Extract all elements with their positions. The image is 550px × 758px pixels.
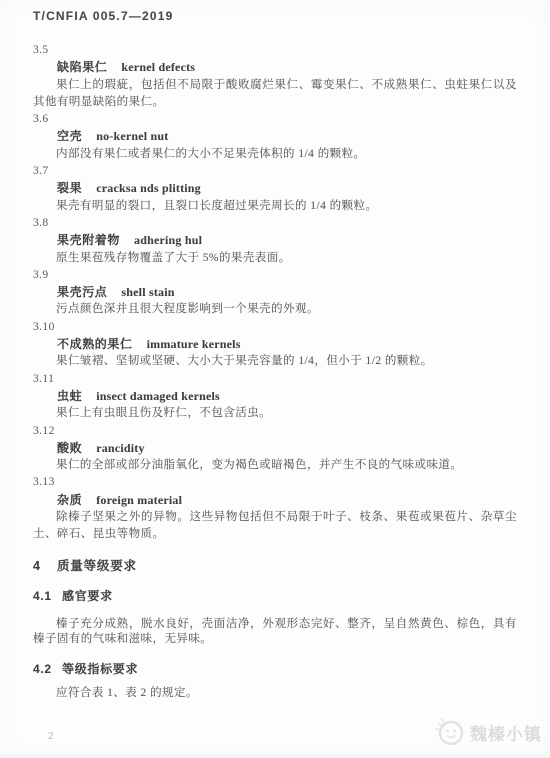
term-heading: 杂质foreign material — [57, 492, 517, 509]
chapter-title: 质量等级要求 — [57, 559, 137, 573]
term-en: cracksa nds plitting — [96, 181, 201, 195]
term-cn: 虫蛀 — [57, 389, 82, 403]
section-number: 3.5 — [33, 42, 517, 59]
doc-number-header: T/CNFIA 005.7—2019 — [33, 8, 517, 24]
term-section-3-8: 3.8 果壳附着物adhering hul 原生果苞残存物覆盖了大于 5%的果壳… — [33, 215, 517, 267]
terminology-sections: 3.5 缺陷果仁kernel defects 果仁上的瑕疵，包括但不局限于酸败腐… — [33, 42, 517, 544]
term-definition: 果壳有明显的裂口，且裂口长度超过果壳周长的 1/4 的颗粒。 — [33, 198, 517, 215]
term-cn: 果壳附着物 — [57, 233, 120, 247]
term-section-3-10: 3.10 不成熟的果仁immature kernels 果仁皱褶、坚韧或坚硬、大… — [33, 319, 517, 371]
term-cn: 果壳污点 — [57, 285, 107, 299]
subsection-body: 应符合表 1、表 2 的规定。 — [33, 686, 517, 701]
subsection-heading: 4.2等级指标要求 — [33, 661, 517, 677]
term-heading: 虫蛀insect damaged kernels — [57, 388, 517, 405]
term-section-3-12: 3.12 酸败rancidity 果仁的全部或部分油脂氧化，变为褐色或暗褐色，并… — [33, 423, 517, 475]
subsection-heading: 4.1感官要求 — [33, 588, 517, 604]
term-cn: 空壳 — [57, 129, 82, 143]
subsection-4-1: 4.1感官要求 榛子充分成熟，脱水良好，壳面洁净，外观形态完好、整齐，呈自然黄色… — [33, 588, 517, 647]
section-number: 3.9 — [33, 267, 517, 284]
term-en: no-kernel nut — [96, 129, 168, 143]
section-number: 3.10 — [33, 319, 517, 336]
term-en: kernel defects — [121, 60, 195, 74]
subsection-number: 4.1 — [33, 588, 62, 604]
term-heading: 酸败rancidity — [57, 440, 517, 457]
term-cn: 裂果 — [57, 181, 82, 195]
term-definition: 内部没有果仁或者果仁的大小不足果壳体积的 1/4 的颗粒。 — [33, 146, 517, 163]
term-definition: 果仁上有虫眼且伤及籽仁，不包含活虫。 — [33, 405, 517, 422]
section-number: 3.8 — [33, 215, 517, 232]
term-heading: 果壳附着物adhering hul — [57, 232, 517, 249]
term-definition: 果仁上的瑕疵，包括但不局限于酸败腐烂果仁、霉变果仁、不成熟果仁、虫蛀果仁以及其他… — [33, 77, 517, 112]
term-heading: 缺陷果仁kernel defects — [57, 59, 517, 76]
term-heading: 不成熟的果仁immature kernels — [57, 336, 517, 353]
section-number: 3.11 — [33, 371, 517, 388]
page-content: T/CNFIA 005.7—2019 3.5 缺陷果仁kernel defect… — [33, 8, 517, 701]
term-cn: 不成熟的果仁 — [57, 337, 133, 351]
term-heading: 裂果cracksa nds plitting — [57, 180, 517, 197]
term-definition: 果仁皱褶、坚韧或坚硬、大小大于果壳容量的 1/4，但小于 1/2 的颗粒。 — [33, 353, 517, 370]
term-section-3-7: 3.7 裂果cracksa nds plitting 果壳有明显的裂口，且裂口长… — [33, 163, 517, 215]
term-en: shell stain — [121, 285, 174, 299]
subsection-title: 等级指标要求 — [62, 662, 138, 676]
term-cn: 酸败 — [57, 441, 82, 455]
subsection-title: 感官要求 — [62, 589, 113, 603]
chapter-4-heading: 4质量等级要求 — [33, 558, 517, 574]
subsection-number: 4.2 — [33, 661, 62, 677]
section-number: 3.7 — [33, 163, 517, 180]
term-definition: 果仁的全部或部分油脂氧化，变为褐色或暗褐色，并产生不良的气味或味道。 — [33, 457, 517, 474]
subsection-4-2: 4.2等级指标要求 应符合表 1、表 2 的规定。 — [33, 661, 517, 701]
chapter-number: 4 — [33, 558, 57, 574]
page-number: 2 — [48, 731, 54, 742]
watermark-text: 魏榛小镇 — [470, 720, 542, 745]
term-en: immature kernels — [147, 337, 241, 351]
section-number: 3.12 — [33, 423, 517, 440]
term-heading: 果壳污点shell stain — [57, 284, 517, 301]
term-cn: 杂质 — [57, 493, 82, 507]
term-section-3-13: 3.13 杂质foreign material 除榛子坚果之外的异物。这些异物包… — [33, 474, 517, 543]
term-definition: 原生果苞残存物覆盖了大于 5%的果壳表面。 — [33, 250, 517, 267]
section-number: 3.6 — [33, 111, 517, 128]
document-page: T/CNFIA 005.7—2019 3.5 缺陷果仁kernel defect… — [0, 0, 550, 758]
term-en: foreign material — [96, 493, 182, 507]
term-en: rancidity — [96, 441, 144, 455]
term-section-3-5: 3.5 缺陷果仁kernel defects 果仁上的瑕疵，包括但不局限于酸败腐… — [33, 42, 517, 111]
watermark-logo-icon — [435, 717, 465, 747]
watermark: 魏榛小镇 — [435, 717, 542, 747]
term-heading: 空壳no-kernel nut — [57, 128, 517, 145]
term-definition: 污点颜色深并且很大程度影响到一个果壳的外观。 — [33, 301, 517, 318]
section-number: 3.13 — [33, 474, 517, 491]
term-en: adhering hul — [134, 233, 202, 247]
term-section-3-9: 3.9 果壳污点shell stain 污点颜色深并且很大程度影响到一个果壳的外… — [33, 267, 517, 319]
term-cn: 缺陷果仁 — [57, 60, 107, 74]
term-en: insect damaged kernels — [96, 389, 220, 403]
term-section-3-6: 3.6 空壳no-kernel nut 内部没有果仁或者果仁的大小不足果壳体积的… — [33, 111, 517, 163]
term-section-3-11: 3.11 虫蛀insect damaged kernels 果仁上有虫眼且伤及籽… — [33, 371, 517, 423]
term-definition: 除榛子坚果之外的异物。这些异物包括但不局限于叶子、枝条、果苞或果苞片、杂草尘土、… — [33, 509, 517, 544]
subsection-body: 榛子充分成熟，脱水良好，壳面洁净，外观形态完好、整齐，呈自然黄色、棕色，具有榛子… — [33, 617, 517, 647]
